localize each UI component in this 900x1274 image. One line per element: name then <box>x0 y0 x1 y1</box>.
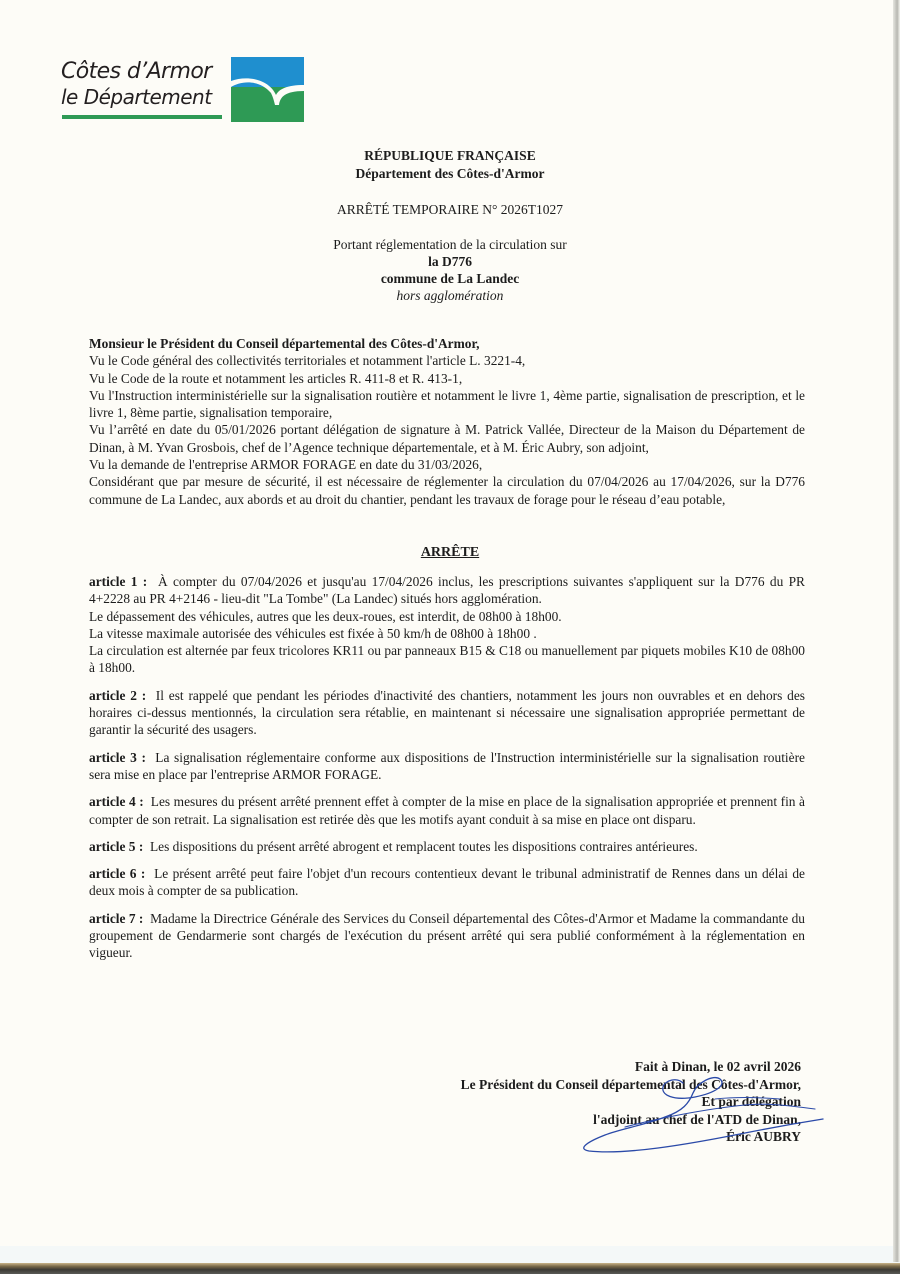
signature-block: Fait à Dinan, le 02 avril 2026 Le Présid… <box>461 1058 801 1146</box>
article-label: article 1 : <box>89 574 147 589</box>
article-text: Le présent arrêté peut faire l'objet d'u… <box>89 866 805 898</box>
article-text: Les dispositions du présent arrêté abrog… <box>150 839 698 854</box>
zone-label: hors agglomération <box>0 287 900 304</box>
article-5: article 5 : Les dispositions du présent … <box>89 838 805 855</box>
logo-mark-icon <box>231 57 304 122</box>
article-2: article 2 : Il est rappelé que pendant l… <box>89 687 805 739</box>
article-7: article 7 : Madame la Directrice Général… <box>89 910 805 962</box>
preamble: Monsieur le Président du Conseil départe… <box>89 335 805 508</box>
logo-title: Côtes d’Armor <box>61 59 212 84</box>
consideration: Vu l’arrêté en date du 05/01/2026 portan… <box>89 421 805 456</box>
consideration: Vu l'Instruction interministérielle sur … <box>89 387 805 422</box>
article-text: La signalisation réglementaire conforme … <box>89 750 805 782</box>
department-logo: Côtes d’Armor le Département <box>60 57 310 123</box>
consideration: Vu le Code général des collectivités ter… <box>89 352 805 369</box>
signatory-title: Le Président du Conseil départemental de… <box>461 1076 801 1094</box>
article-label: article 2 : <box>89 688 146 703</box>
article-3: article 3 : La signalisation réglementai… <box>89 749 805 784</box>
consideration: Vu le Code de la route et notamment les … <box>89 370 805 387</box>
consideration: Considérant que par mesure de sécurité, … <box>89 473 805 508</box>
authority-line: Monsieur le Président du Conseil départe… <box>89 335 805 352</box>
article-text: La vitesse maximale autorisée des véhicu… <box>89 625 805 642</box>
article-label: article 4 : <box>89 794 144 809</box>
article-text: Il est rappelé que pendant les périodes … <box>89 688 805 738</box>
logo-subtitle: le Département <box>61 85 212 109</box>
article-text: La circulation est alternée par feux tri… <box>89 642 805 677</box>
road-name: la D776 <box>0 253 900 270</box>
article-6: article 6 : Le présent arrêté peut faire… <box>89 865 805 900</box>
article-4: article 4 : Les mesures du présent arrêt… <box>89 793 805 828</box>
article-text: Madame la Directrice Générale des Servic… <box>89 911 805 961</box>
signatory-name: Éric AUBRY <box>461 1128 801 1146</box>
scan-bottom-band <box>0 1246 900 1263</box>
scan-right-edge <box>893 0 900 1262</box>
articles: article 1 : À compter du 07/04/2026 et j… <box>89 573 805 972</box>
place-date: Fait à Dinan, le 02 avril 2026 <box>461 1058 801 1076</box>
scan-bottom-edge <box>0 1263 900 1274</box>
commune-name: commune de La Landec <box>0 270 900 287</box>
article-text: Les mesures du présent arrêté prennent e… <box>89 794 805 826</box>
department-heading: Département des Côtes-d'Armor <box>0 165 900 182</box>
article-label: article 6 : <box>89 866 145 881</box>
article-text: Le dépassement des véhicules, autres que… <box>89 608 805 625</box>
signatory-role: l'adjoint au chef de l'ATD de Dinan, <box>461 1111 801 1129</box>
delegation-line: Et par délégation <box>461 1093 801 1111</box>
logo-underline <box>62 115 222 119</box>
consideration: Vu la demande de l'entreprise ARMOR FORA… <box>89 456 805 473</box>
article-text: À compter du 07/04/2026 et jusqu'au 17/0… <box>89 574 805 606</box>
decree-subject: Portant réglementation de la circulation… <box>0 236 900 253</box>
article-1: article 1 : À compter du 07/04/2026 et j… <box>89 573 805 677</box>
decree-number: ARRÊTÉ TEMPORAIRE N° 2026T1027 <box>0 201 900 218</box>
document-page: Côtes d’Armor le Département RÉPUBLIQUE … <box>0 0 900 1274</box>
decision-title: ARRÊTE <box>0 545 900 561</box>
article-label: article 5 : <box>89 839 143 854</box>
article-label: article 3 : <box>89 750 146 765</box>
article-label: article 7 : <box>89 911 143 926</box>
republic-heading: RÉPUBLIQUE FRANÇAISE <box>0 147 900 164</box>
